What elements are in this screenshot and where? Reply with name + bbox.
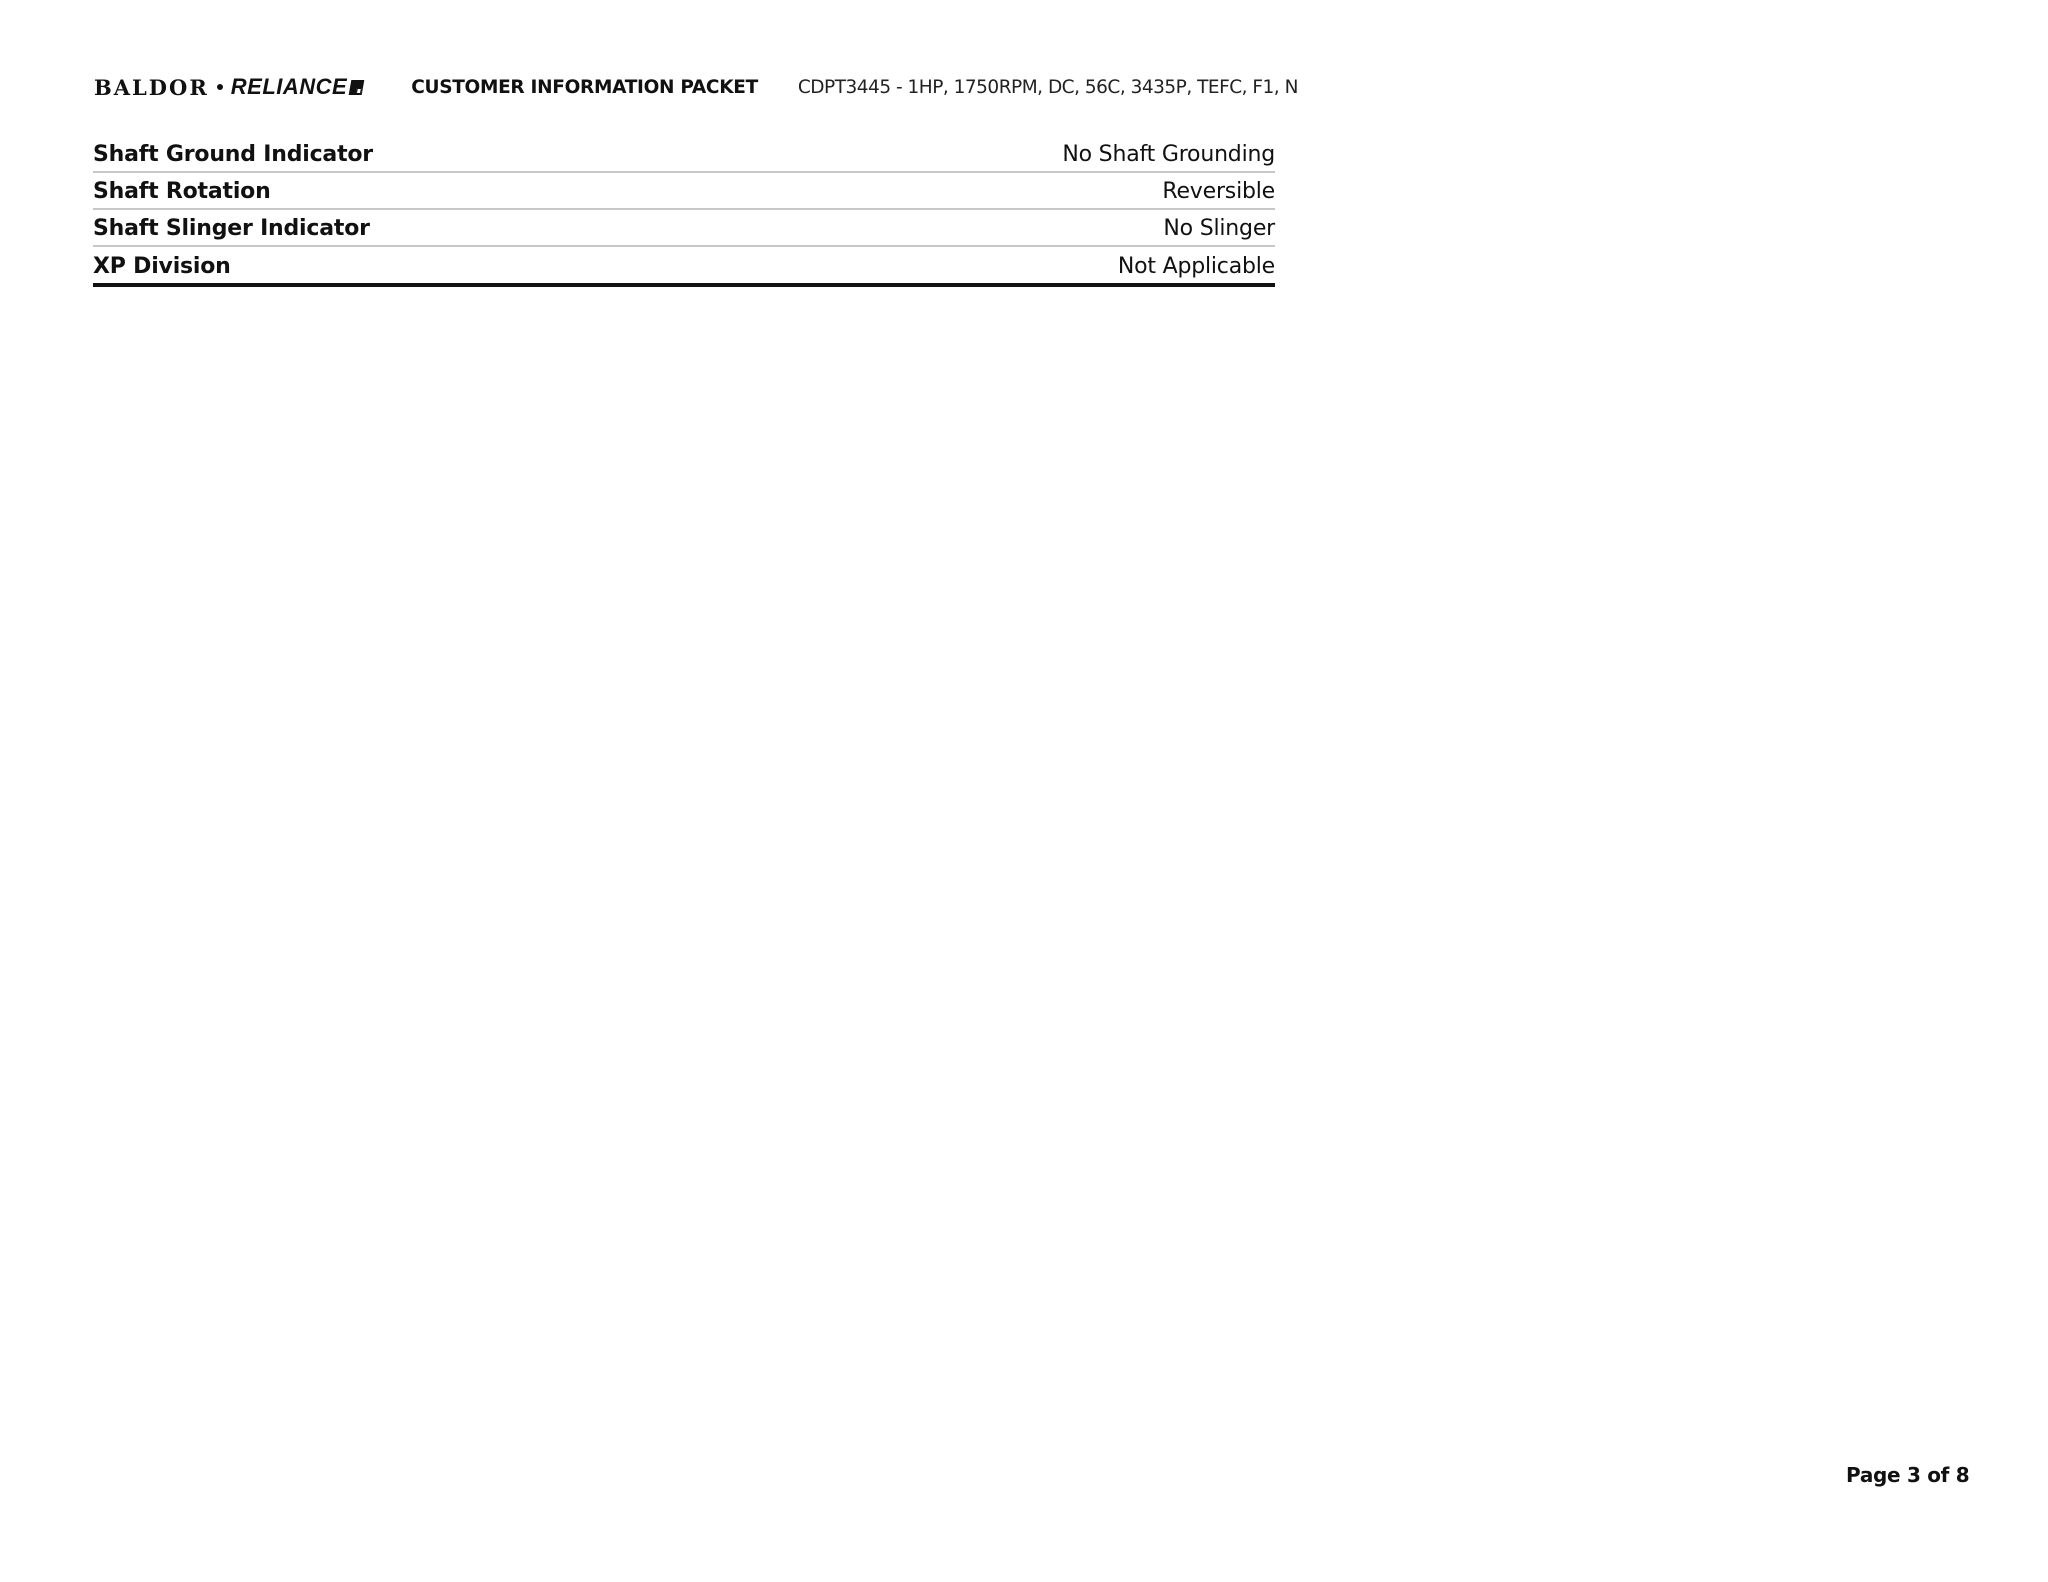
spec-row: Shaft Ground Indicator No Shaft Groundin…	[93, 136, 1275, 173]
spec-label: Shaft Ground Indicator	[93, 142, 373, 167]
logo-reliance-text: RELIANCE	[231, 74, 347, 100]
logo-dot-icon	[217, 84, 223, 90]
page-number: Page 3 of 8	[1846, 1463, 1969, 1487]
logo-baldor-text: BALDOR	[94, 75, 209, 100]
spec-label: Shaft Slinger Indicator	[93, 216, 370, 241]
logo-mark-icon	[349, 80, 365, 95]
spec-label: XP Division	[93, 254, 231, 279]
spec-value: No Slinger	[1163, 216, 1275, 241]
spec-value: No Shaft Grounding	[1062, 142, 1275, 167]
spec-row: XP Division Not Applicable	[93, 247, 1275, 287]
spec-row: Shaft Rotation Reversible	[93, 173, 1275, 210]
spec-row: Shaft Slinger Indicator No Slinger	[93, 210, 1275, 247]
spec-table: Shaft Ground Indicator No Shaft Groundin…	[93, 136, 1275, 287]
spec-value: Reversible	[1162, 179, 1275, 204]
baldor-reliance-logo: BALDOR RELIANCE	[94, 74, 363, 100]
spec-value: Not Applicable	[1118, 254, 1275, 279]
document-title: CUSTOMER INFORMATION PACKET	[411, 77, 758, 98]
page-header: BALDOR RELIANCE CUSTOMER INFORMATION PAC…	[94, 72, 1298, 102]
spec-label: Shaft Rotation	[93, 179, 271, 204]
model-description: CDPT3445 - 1HP, 1750RPM, DC, 56C, 3435P,…	[798, 77, 1298, 98]
